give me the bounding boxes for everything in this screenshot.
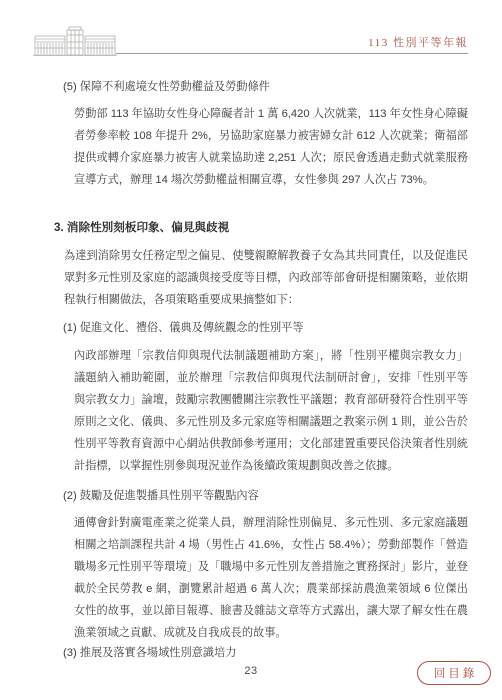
item-2-paragraph: 通傳會針對廣電產業之從業人員，辦理消除性別偏見、多元性別、多元家庭議題相關之培訓…	[74, 512, 468, 644]
item-5-paragraph: 勞動部 113 年協助女性身心障礙者計 1 萬 6,420 人次就業，113 年…	[74, 103, 468, 191]
item-3-heading: (3) 推展及落實各場域性別意識培力	[63, 642, 463, 664]
item-2-heading: (2) 鼓勵及促進製播具性別平等觀點內容	[63, 485, 463, 507]
item-1-heading: (1) 促進文化、禮俗、儀典及傳統觀念的性別平等	[63, 317, 463, 339]
section-3-paragraph: 為達到消除男女任務定型之偏見、使雙親瞭解教養子女為其共同責任，以及促進民眾對多元…	[64, 245, 468, 311]
document-page: 113 性別平等年報 (5) 保障不利處境女性勞動權益及勞動條件 勞動部 113…	[0, 0, 502, 700]
item-1-paragraph: 內政部辦理「宗教信仰與現代法制議題補助方案」，將「性別平權與宗教女力」議題納入補…	[74, 345, 468, 477]
item-5-heading: (5) 保障不利處境女性勞動權益及勞動條件	[63, 76, 463, 98]
government-building-logo-icon	[33, 26, 117, 56]
report-title: 113 性別平等年報	[268, 34, 468, 50]
back-to-toc-button[interactable]: 回目錄	[417, 661, 491, 685]
back-to-toc-label: 回目錄	[434, 665, 478, 681]
header-rule	[116, 53, 468, 54]
section-3-heading: 3. 消除性別刻板印象、偏見與歧視	[54, 217, 464, 239]
